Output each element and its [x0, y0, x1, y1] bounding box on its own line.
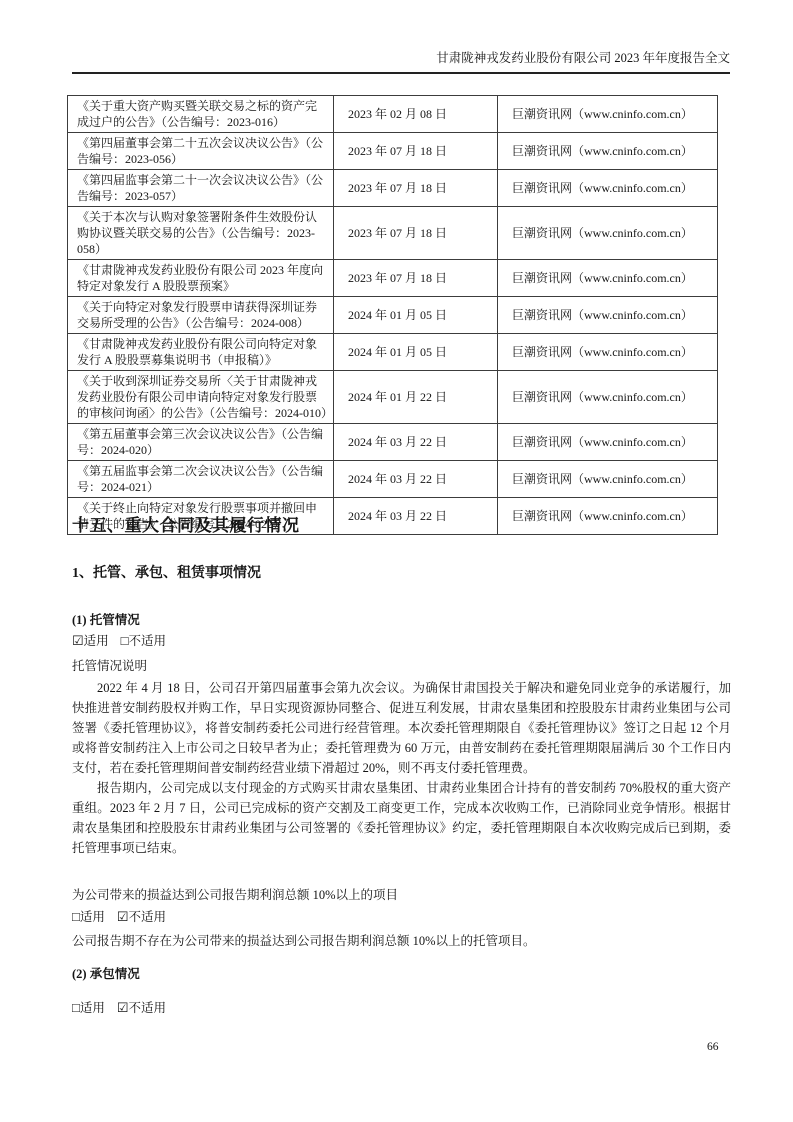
disclosure-site-cell: 巨潮资讯网（www.cninfo.com.cn）	[498, 133, 718, 170]
checkbox-checked-icon: ☑	[117, 1000, 129, 1015]
disclosure-site-cell: 巨潮资讯网（www.cninfo.com.cn）	[498, 371, 718, 424]
checkbox-unchecked-icon: □	[72, 1000, 80, 1015]
announcement-title-cell: 《第四届监事会第二十一次会议决议公告》（公告编号：2023-057）	[68, 170, 334, 207]
tuoguan-paragraph-1: 2022 年 4 月 18 日，公司召开第四届董事会第九次会议。为确保甘肃国投关…	[72, 678, 731, 778]
announcement-title-cell: 《关于向特定对象发行股票申请获得深圳证券交易所受理的公告》（公告编号：2024-…	[68, 297, 334, 334]
not-applicable-label: 不适用	[129, 1001, 167, 1015]
profit-note: 公司报告期不存在为公司带来的损益达到公司报告期利润总额 10%以上的托管项目。	[72, 932, 731, 950]
checkbox-checked-icon: ☑	[117, 909, 129, 924]
table-row: 《第四届监事会第二十一次会议决议公告》（公告编号：2023-057） 2023 …	[68, 170, 718, 207]
table-row: 《甘肃陇神戎发药业股份有限公司向特定对象发行 A 股股票募集说明书（申报稿）》 …	[68, 334, 718, 371]
announcement-title-cell: 《甘肃陇神戎发药业股份有限公司向特定对象发行 A 股股票募集说明书（申报稿）》	[68, 334, 334, 371]
section-content: 十五、重大合同及其履行情况 1、托管、承包、租赁事项情况 (1) 托管情况 ☑适…	[72, 494, 731, 1017]
disclosure-site-cell: 巨潮资讯网（www.cninfo.com.cn）	[498, 260, 718, 297]
profit-item-label: 为公司带来的损益达到公司报告期利润总额 10%以上的项目	[72, 886, 731, 904]
tuoguan-note-label: 托管情况说明	[72, 657, 731, 675]
applicability-line-tuoguan: ☑适用□不适用	[72, 632, 731, 650]
item2-title: (2) 承包情况	[72, 966, 731, 983]
table-row: 《关于重大资产购买暨关联交易之标的资产完成过户的公告》（公告编号：2023-01…	[68, 96, 718, 133]
disclosure-date-cell: 2023 年 07 月 18 日	[334, 133, 498, 170]
table-row: 《关于本次与认购对象签署附条件生效股份认购协议暨关联交易的公告》（公告编号：20…	[68, 207, 718, 260]
table-row: 《第五届董事会第三次会议决议公告》（公告编号：2024-020） 2024 年 …	[68, 424, 718, 461]
header-title: 甘肃陇神戎发药业股份有限公司 2023 年年度报告全文	[436, 51, 730, 65]
announcement-title-cell: 《第四届董事会第二十五次会议决议公告》（公告编号：2023-056）	[68, 133, 334, 170]
disclosure-site-cell: 巨潮资讯网（www.cninfo.com.cn）	[498, 96, 718, 133]
table-row: 《甘肃陇神戎发药业股份有限公司 2023 年度向特定对象发行 A 股股票预案》 …	[68, 260, 718, 297]
not-applicable-option: ☑不适用	[117, 910, 166, 924]
announcements-table-body: 《关于重大资产购买暨关联交易之标的资产完成过户的公告》（公告编号：2023-01…	[68, 96, 718, 535]
disclosure-date-cell: 2024 年 03 月 22 日	[334, 461, 498, 498]
announcement-title-cell: 《关于收到深圳证券交易所〈关于甘肃陇神戎发药业股份有限公司申请向特定对象发行股票…	[68, 371, 334, 424]
not-applicable-label: 不适用	[129, 910, 167, 924]
applicable-label: 适用	[80, 1001, 105, 1015]
disclosure-date-cell: 2024 年 01 月 05 日	[334, 334, 498, 371]
announcement-title-cell: 《关于重大资产购买暨关联交易之标的资产完成过户的公告》（公告编号：2023-01…	[68, 96, 334, 133]
disclosure-site-cell: 巨潮资讯网（www.cninfo.com.cn）	[498, 170, 718, 207]
disclosure-date-cell: 2023 年 07 月 18 日	[334, 207, 498, 260]
announcement-title-cell: 《关于本次与认购对象签署附条件生效股份认购协议暨关联交易的公告》（公告编号：20…	[68, 207, 334, 260]
not-applicable-option: ☑不适用	[117, 1001, 166, 1015]
disclosure-date-cell: 2023 年 02 月 08 日	[334, 96, 498, 133]
announcement-title-cell: 《第五届监事会第二次会议决议公告》（公告编号：2024-021）	[68, 461, 334, 498]
applicability-line-chengbao: □适用☑不适用	[72, 999, 731, 1017]
not-applicable-option: □不适用	[121, 634, 166, 648]
disclosure-date-cell: 2024 年 01 月 05 日	[334, 297, 498, 334]
applicable-option: □适用	[72, 910, 105, 924]
subsection-title: 1、托管、承包、租赁事项情况	[72, 564, 731, 583]
checkbox-unchecked-icon: □	[72, 909, 80, 924]
announcements-table: 《关于重大资产购买暨关联交易之标的资产完成过户的公告》（公告编号：2023-01…	[67, 95, 718, 535]
applicable-label: 适用	[80, 910, 105, 924]
table-row: 《关于向特定对象发行股票申请获得深圳证券交易所受理的公告》（公告编号：2024-…	[68, 297, 718, 334]
disclosure-date-cell: 2024 年 03 月 22 日	[334, 424, 498, 461]
page-header: 甘肃陇神戎发药业股份有限公司 2023 年年度报告全文	[72, 50, 730, 74]
item1-title: (1) 托管情况	[72, 612, 731, 629]
disclosure-site-cell: 巨潮资讯网（www.cninfo.com.cn）	[498, 461, 718, 498]
applicable-label: 适用	[84, 634, 109, 648]
applicable-option: □适用	[72, 1001, 105, 1015]
disclosure-date-cell: 2023 年 07 月 18 日	[334, 170, 498, 207]
announcement-title-cell: 《甘肃陇神戎发药业股份有限公司 2023 年度向特定对象发行 A 股股票预案》	[68, 260, 334, 297]
disclosure-date-cell: 2023 年 07 月 18 日	[334, 260, 498, 297]
disclosure-date-cell: 2024 年 01 月 22 日	[334, 371, 498, 424]
table-row: 《第五届监事会第二次会议决议公告》（公告编号：2024-021） 2024 年 …	[68, 461, 718, 498]
report-page: 甘肃陇神戎发药业股份有限公司 2023 年年度报告全文 《关于重大资产购买暨关联…	[0, 0, 793, 1122]
page-number: 66	[707, 1041, 719, 1053]
announcement-title-cell: 《第五届董事会第三次会议决议公告》（公告编号：2024-020）	[68, 424, 334, 461]
disclosure-site-cell: 巨潮资讯网（www.cninfo.com.cn）	[498, 334, 718, 371]
applicability-line-profit: □适用☑不适用	[72, 908, 731, 926]
disclosure-site-cell: 巨潮资讯网（www.cninfo.com.cn）	[498, 297, 718, 334]
disclosure-site-cell: 巨潮资讯网（www.cninfo.com.cn）	[498, 207, 718, 260]
checkbox-checked-icon: ☑	[72, 633, 84, 648]
table-row: 《第四届董事会第二十五次会议决议公告》（公告编号：2023-056） 2023 …	[68, 133, 718, 170]
disclosure-site-cell: 巨潮资讯网（www.cninfo.com.cn）	[498, 424, 718, 461]
applicable-option: ☑适用	[72, 634, 109, 648]
section-title: 十五、重大合同及其履行情况	[72, 515, 731, 537]
table-row: 《关于收到深圳证券交易所〈关于甘肃陇神戎发药业股份有限公司申请向特定对象发行股票…	[68, 371, 718, 424]
checkbox-unchecked-icon: □	[121, 633, 129, 648]
tuoguan-paragraph-2: 报告期内，公司完成以支付现金的方式购买甘肃农垦集团、甘肃药业集团合计持有的普安制…	[72, 778, 731, 858]
not-applicable-label: 不适用	[129, 634, 167, 648]
